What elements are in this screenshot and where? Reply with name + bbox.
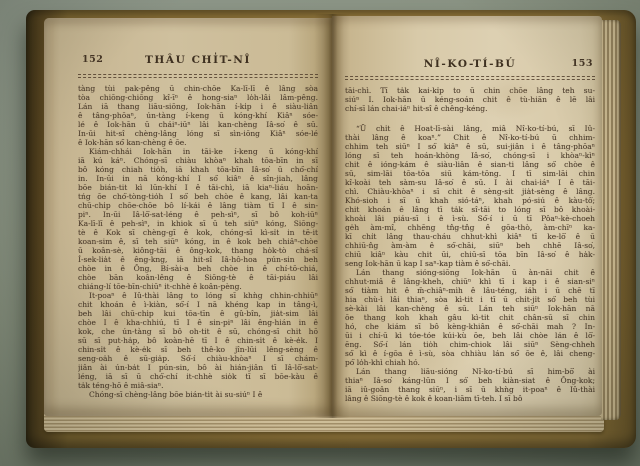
paragraph: Kiám-chhái Iok-hān in tāi-ke í-keng ū kó… (78, 147, 318, 291)
right-page-number: 153 (572, 58, 593, 69)
text-line: ê tâng-phōaⁿ, ún-tàng í-keng ū kóng-khí … (78, 111, 318, 120)
photo-background: 152 THÂU CHI̍T-NÎ tàng tùi pak-pêng ū ch… (0, 0, 640, 466)
text-line: tè ê Kok sī chèng-gī ê kok, chóng-sī kì-… (78, 228, 318, 237)
text-line: in. In-ūi in nā kóng-khí I só͘ kiâⁿ ê sî… (78, 174, 318, 183)
text-line: chit khoán ê ì-kiàn, só͘-í I nā khéng ka… (78, 300, 318, 309)
text-line: iā kú káⁿ. Chóng-sī chiàu khòaⁿ khah tōa… (78, 156, 318, 165)
right-page-text: tāi-chì. Tī ta̍k kai-ki̍p to ū chin chōe… (345, 86, 595, 403)
text-line: “Ū chi̍t ê Hoat-lī-sài lâng, miâ Nî-ko-t… (345, 124, 595, 133)
paragraph: It-poaⁿ ê Iû-thài lâng to lóng sī khǹg c… (78, 291, 318, 390)
text-line: bô kóng chiah tio̍h, iā khah tōa-bīn Iâ-… (78, 165, 318, 174)
text-line: ge̍h àm-mî, chhēng tn̂g-tn̂g ê gōa-thò, … (345, 223, 595, 232)
text-line: chit ê ióng-kám ê siàu-liân ê sian-ti lâ… (345, 160, 595, 169)
text-line: In-ūi hit-sî chèng-lâng lóng sī sìn-iōng… (78, 129, 318, 138)
text-line: kî-koài teh sàm-su Iâ-so͘ ê sū. I ài cha… (345, 178, 595, 187)
text-line: kok, che ún-tàng sī bô oh-tit ê sū, chón… (78, 327, 318, 336)
text-line: chòe in ê Ông, Bí-sài-a beh chòe in ê ch… (78, 264, 318, 273)
text-line: Khó-sioh i sī ū khah sió-táⁿ, khah pó-si… (345, 196, 595, 205)
page-stack-bottom-edge (44, 414, 604, 432)
left-page-header-row: 152 THÂU CHI̍T-NÎ (78, 54, 318, 68)
text-line: seng-oa̍h ê sū-gia̍p. Só͘-í chiàu-khòaⁿ … (78, 354, 318, 363)
left-page: 152 THÂU CHI̍T-NÎ tàng tùi pak-pêng ū ch… (44, 18, 332, 416)
text-line: chhut-miâ ê lâng-kheh, chiūⁿ khì tī i ka… (345, 277, 595, 286)
text-line: só͘ kì ê í-gōa ê ì-sù, sòa chhiàu lán só… (345, 349, 595, 358)
text-line: tńg ōe chó͘-tòng-tio̍h I só͘ beh chòe ê … (78, 192, 318, 201)
paragraph: Lán thang liāu-sióng Nî-ko-tí-bú sī him-… (345, 367, 595, 403)
text-line: chiáng-lí tōe-bīn-chiūⁿ it-chhè ê koân-p… (78, 282, 318, 291)
text-line: sū, sim-lāi tōa-tōa siū kám-tōng. I tī s… (345, 169, 595, 178)
text-line: tāi-chì. Tī ta̍k kai-ki̍p to ū chin chōe… (345, 86, 595, 95)
text-line: chòe I ê kha-chhiú, tī I ê sin-piⁿ lâi ê… (78, 318, 318, 327)
text-line: It-poaⁿ ê Iû-thài lâng to lóng sī khǹg c… (78, 291, 318, 300)
text-line: lâng ê Siōng-tè ê kok ê koan-liām tī-teh… (345, 394, 595, 403)
text-line: Lán iā thang liāu-siōng, Iok-hān í-ki̍p … (78, 102, 318, 111)
right-page-header-row: NÎ-KO-TÍ-BÚ 153 (345, 58, 595, 72)
text-line: thài lâng ê koaⁿ.” Chit ê Nî-ko-tí-bú ū … (345, 133, 595, 142)
text-line: bōe bián-tit kì lūn-khí I ê tāi-chì, iā … (78, 183, 318, 192)
text-line: sū sī put-ha̍p, bô koàn-hē tī I ê chin-s… (78, 336, 318, 345)
text-line: seng Iok-hān ū kap I saⁿ-kap tiàm ê só͘-… (345, 259, 595, 268)
text-line: lé ê Iok-hān ū cháiⁿ-iūⁿ lâi kan-chèng I… (78, 120, 318, 129)
text-line: Ka-lī-lī ê peh-sìⁿ, in khiok sī ū teh si… (78, 219, 318, 228)
page-stack-fore-edge (601, 20, 621, 420)
text-line: hó, che kiám sī bô kèng-khiân ê só͘-chāi… (345, 322, 595, 331)
paragraph: “Ū chi̍t ê Hoat-lī-sài lâng, miâ Nî-ko-t… (345, 124, 595, 268)
text-line: ê Iok-hān só͘ kan-chèng ê ōe. (78, 138, 318, 147)
text-line: chin-si̍t ê kè-e̍k sī beh thê-ko jîn-lūi… (78, 345, 318, 354)
left-header-rule (78, 74, 318, 78)
text-line: beh lâi chū-chi̍p kui tōa-tīn ê gû-bîn, … (78, 309, 318, 318)
text-line: chì. Chiàu-khòaⁿ i sī chit ê sèng-si̍t j… (345, 187, 595, 196)
text-line: chhiū-n̂g àm-àm ê só͘-chāi, siūⁿ beh chh… (345, 241, 595, 250)
right-running-head: NÎ-KO-TÍ-BÚ (345, 58, 595, 70)
paragraph: tāi-chì. Tī ta̍k kai-ki̍p to ū chin chōe… (345, 86, 595, 113)
paragraph: tàng tùi pak-pêng ū chin-chōe Ka-lī-lī ê… (78, 84, 318, 147)
text-line: tòa chiōng-chiōng kî-īⁿ ê hong-siaⁿ lo̍h… (78, 93, 318, 102)
text-line: sè-kài lâi kan-chèng ê sū. Lán teh siūⁿ … (345, 304, 595, 313)
text-line: ōe thang koh khah gâu kì-tit chit chân-s… (345, 313, 595, 322)
text-line: chū-chi̍p chōe-chōe bô lí-kái ê lâng tià… (78, 201, 318, 210)
text-line: khoài lâi piáu-sī i ê ì-sù. Só͘-í i ū tī… (345, 214, 595, 223)
text-line: siúⁿ I. Iok-hān ū kéng-soán chit ê tù-hi… (345, 95, 595, 104)
text-line: chiū kiâⁿ kàu chit ūi, chiū-sī tōa bīn I… (345, 250, 595, 259)
text-line: kī chi̍t lâng thau-cháu chhut-khì kiâⁿ t… (345, 232, 595, 241)
paragraph: Lán thang sióng-siōng Iok-hān ū àn-nāi c… (345, 268, 595, 367)
text-line: iā iû-goân thang siūⁿ, i sī ū khǹg it-po… (345, 385, 595, 394)
text-line: pó͘ lo̍h-khì chiah hó. (345, 358, 595, 367)
text-line: só͘ tiàm hit ê m̄-chiâⁿ-mi̍h ê lâu-téng,… (345, 286, 595, 295)
text-line: thiaⁿ Iâ-so͘ káng-lūn I só͘ beh kiàn-sia… (345, 376, 595, 385)
text-line: ēng. Só͘-í lán tio̍h chim-chiok lâi siūⁿ… (345, 340, 595, 349)
text-line: chòe bān koân-lêng ê Siōng-tè ê tāi-piáu… (78, 273, 318, 282)
text-line: tàng tùi pak-pêng ū chin-chōe Ka-lī-lī ê… (78, 84, 318, 93)
text-line: jiân ài ún-ba̍t I pún-sin, bô ài hián-ji… (78, 363, 318, 372)
text-line: Lán thang sióng-siōng Iok-hān ū àn-nāi c… (345, 268, 595, 277)
text-line: léng, iā sī ū chó͘-chí it-chhè sio̍k tī … (78, 372, 318, 381)
text-line: Kiám-chhái Iok-hān in tāi-ke í-keng ū kó… (78, 147, 318, 156)
text-line: Lán thang liāu-sióng Nî-ko-tí-bú sī him-… (345, 367, 595, 376)
right-header-rule (345, 76, 595, 80)
left-page-number: 152 (82, 54, 103, 65)
paragraph: Chóng-sī chèng-lâng bōe bián-ti̍t ài su-… (78, 390, 318, 399)
text-line: ūi i chí-ū kì tóe-tóe kúi-kù ōe, beh lâi… (345, 331, 595, 340)
text-line: piⁿ. In-ūi Iâ-lō͘-sat-léng ê peh-sìⁿ, sī… (78, 210, 318, 219)
text-line: Chóng-sī chèng-lâng bōe bián-ti̍t ài su-… (78, 390, 318, 399)
text-line: chit khoán ê lâng tī ta̍k sî-tāi to lóng… (345, 205, 595, 214)
text-line: lóng sī teh hoán-khòng Iâ-so͘, chóng-sī … (345, 151, 595, 160)
left-running-head: THÂU CHI̍T-NÎ (78, 54, 318, 66)
text-line: Í-sek-lia̍t ê êng-kng, iā hit-sî Iâ-hô-h… (78, 255, 318, 264)
text-line: koan-sim ê, sī teh siūⁿ kóng, in ê kok b… (78, 237, 318, 246)
text-line: ta̍k téng-hō ê miâ-siaⁿ. (78, 381, 318, 390)
left-page-text: tàng tùi pak-pêng ū chin-chōe Ka-lī-lī ê… (78, 84, 318, 399)
text-line: chí-sī lán chai-iáⁿ hit-sî ê chêng-kéng. (345, 104, 595, 113)
right-page: NÎ-KO-TÍ-BÚ 153 tāi-chì. Tī ta̍k kai-ki̍… (332, 16, 602, 416)
text-line: ū koân-sè, kiông-tāi ê ông-kok, thang ho… (78, 246, 318, 255)
text-line: chhim teh siūⁿ I só͘ kiâⁿ ê sū, sui-jiân… (345, 142, 595, 151)
text-line: hia chù-ì lâi thiaⁿ, sòa kì-tit i tī ū c… (345, 295, 595, 304)
